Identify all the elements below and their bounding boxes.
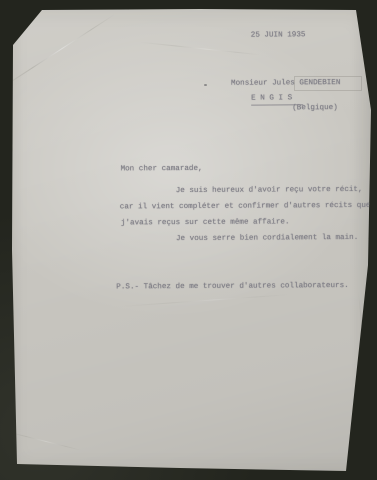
recipient-country: (Belgique) xyxy=(292,103,338,113)
body-line-3: j'avais reçus sur cette même affaire. xyxy=(121,217,290,228)
body-line-2: car il vient compléter et confirmer d'au… xyxy=(120,201,371,213)
recipient-name: Monsieur Jules GENDEBIEN xyxy=(231,78,340,89)
letter-paper: 25 JUIN 1935 Monsieur Jules GENDEBIEN E … xyxy=(0,0,377,480)
scan-background: 25 JUIN 1935 Monsieur Jules GENDEBIEN E … xyxy=(0,0,377,480)
letter-postscript: P.S.- Tâchez de me trouver d'autres coll… xyxy=(116,281,348,292)
typewritten-text-layer: 25 JUIN 1935 Monsieur Jules GENDEBIEN E … xyxy=(0,0,377,480)
body-line-4: Je vous serre bien cordialement la main. xyxy=(176,233,358,244)
body-line-1: Je suis heureux d'avoir reçu votre récit… xyxy=(176,185,363,196)
letter-salutation: Mon cher camarade, xyxy=(121,164,203,175)
letter-date: 25 JUIN 1935 xyxy=(251,30,306,40)
